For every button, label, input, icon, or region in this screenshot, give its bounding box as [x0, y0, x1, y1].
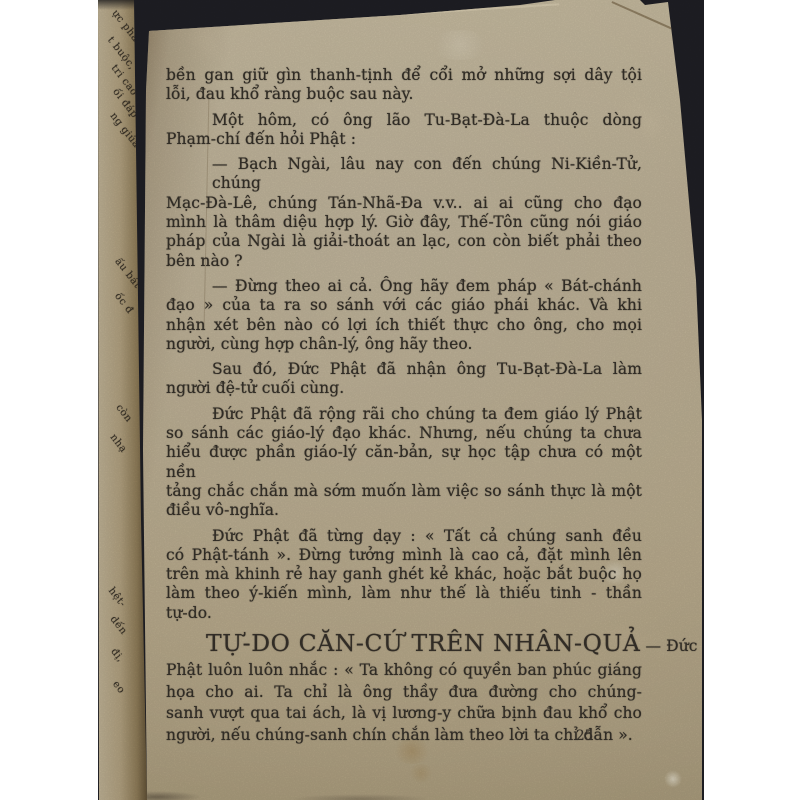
text-line: Phật luôn luôn nhắc : « Ta không có quyề… — [166, 660, 642, 682]
text-line: có Phật-tánh ». Đừng tưởng mình là cao c… — [166, 546, 642, 565]
text-line: sanh vượt qua tai ách, là vị lương-y chữ… — [166, 703, 642, 725]
section-heading-suffix: — Đức — [640, 637, 697, 655]
paper-stain — [664, 770, 682, 788]
text-line: Đức Phật đã từng dạy : « Tất cả chúng sa… — [166, 527, 642, 546]
text-line: trên mà khinh rẻ hay ganh ghét kẻ khác, … — [166, 565, 642, 584]
text-line: — Đừng theo ai cả. Ông hãy đem pháp « Bá… — [166, 277, 642, 296]
spine-text-fragment: đị, — [108, 646, 125, 664]
page-text: bền gan giữ gìn thanh-tịnh để cổi mở nhữ… — [166, 66, 642, 752]
text-line: tự-do. — [166, 604, 642, 623]
paper-stain — [430, 30, 490, 60]
book-photo: ực phảit buộc,tri caoối đápng giúaấu bát… — [0, 0, 800, 800]
paragraph: Một hôm, có ông lão Tu-Bạt-Đà-La thuộc d… — [166, 111, 642, 150]
spine-text-fragment: còn — [113, 402, 134, 424]
text-line: người đệ-tử cuối cùng. — [166, 379, 642, 398]
spine-text-fragment: dến — [108, 614, 129, 637]
spine-text-fragment: nhạ — [108, 432, 129, 455]
text-line: hiểu được phần giáo-lý căn-bản, sự học t… — [166, 443, 642, 482]
paragraph: — Đừng theo ai cả. Ông hãy đem pháp « Bá… — [166, 277, 642, 354]
text-line: họa cho ai. Ta chỉ là ông thầy đưa đường… — [166, 682, 642, 704]
paragraph: bền gan giữ gìn thanh-tịnh để cổi mở nhữ… — [166, 66, 642, 105]
spine-text-fragment: ốc đ — [112, 291, 135, 316]
text-line: tảng chắc chắn mà sớm muốn làm việc so s… — [166, 482, 642, 501]
text-line: làm theo ý-kiến mình, làm như thế là thi… — [166, 584, 642, 603]
spine-text-fragment: hệt- — [106, 586, 128, 610]
section-heading: TỰ-DO CĂN-CỨ TRÊN NHÂN-QUẢ — Đức — [166, 629, 642, 660]
text-line: Sau đó, Đức Phật đã nhận ông Tu-Bạt-Đà-L… — [166, 360, 642, 379]
screenshot-root: { "page": { "number": "25", "paragraphs"… — [0, 0, 800, 800]
page-number: 25 — [576, 728, 593, 744]
text-line: Một hôm, có ông lão Tu-Bạt-Đà-La thuộc d… — [166, 111, 642, 130]
text-line: đạo » của ta ra so sánh với các giáo phá… — [166, 296, 642, 315]
paragraph: — Bạch Ngài, lâu nay con đến chúng Ni-Ki… — [166, 155, 642, 271]
text-line: — Bạch Ngài, lâu nay con đến chúng Ni-Ki… — [166, 155, 642, 194]
text-line: lỗi, đau khổ ràng buộc sau này. — [166, 85, 642, 104]
paper-stain — [408, 764, 434, 782]
text-line: điều vô-nghĩa. — [166, 501, 642, 520]
paragraph: Đức Phật đã rộng rãi cho chúng ta đem gi… — [166, 405, 642, 521]
text-line: nhận xét bên nào có lợi ích thiết thực c… — [166, 316, 642, 335]
text-line: bền gan giữ gìn thanh-tịnh để cổi mở nhữ… — [166, 66, 642, 85]
paper-smudge — [290, 794, 430, 800]
text-line: Phạm-chí đến hỏi Phật : — [166, 130, 642, 149]
paragraph: Đức Phật đã từng dạy : « Tất cả chúng sa… — [166, 527, 642, 623]
text-line: so sánh các giáo-lý đạo khác. Nhưng, nếu… — [166, 424, 642, 443]
text-line: bên nào ? — [166, 252, 642, 271]
text-line: pháp của Ngài là giải-thoát an lạc, con … — [166, 232, 642, 251]
text-line: Đức Phật đã rộng rãi cho chúng ta đem gi… — [166, 405, 642, 424]
section-heading-text: TỰ-DO CĂN-CỨ TRÊN NHÂN-QUẢ — [206, 629, 640, 657]
text-line: người, nếu chúng-sanh chín chắn làm theo… — [166, 725, 642, 747]
text-line: Mạc-Đà-Lê, chúng Tán-Nhã-Đa v.v.. ai ai … — [166, 194, 642, 213]
spine-text-fragment: eo — [110, 679, 127, 696]
text-line: người, cùng hợp chân-lý, ông hãy theo. — [166, 335, 642, 354]
paragraph: TỰ-DO CĂN-CỨ TRÊN NHÂN-QUẢ — ĐứcPhật luô… — [166, 629, 642, 746]
text-line: mình là thâm diệu hợp lý. Giờ đây, Thế-T… — [166, 213, 642, 232]
paragraph: Sau đó, Đức Phật đã nhận ông Tu-Bạt-Đà-L… — [166, 360, 642, 399]
